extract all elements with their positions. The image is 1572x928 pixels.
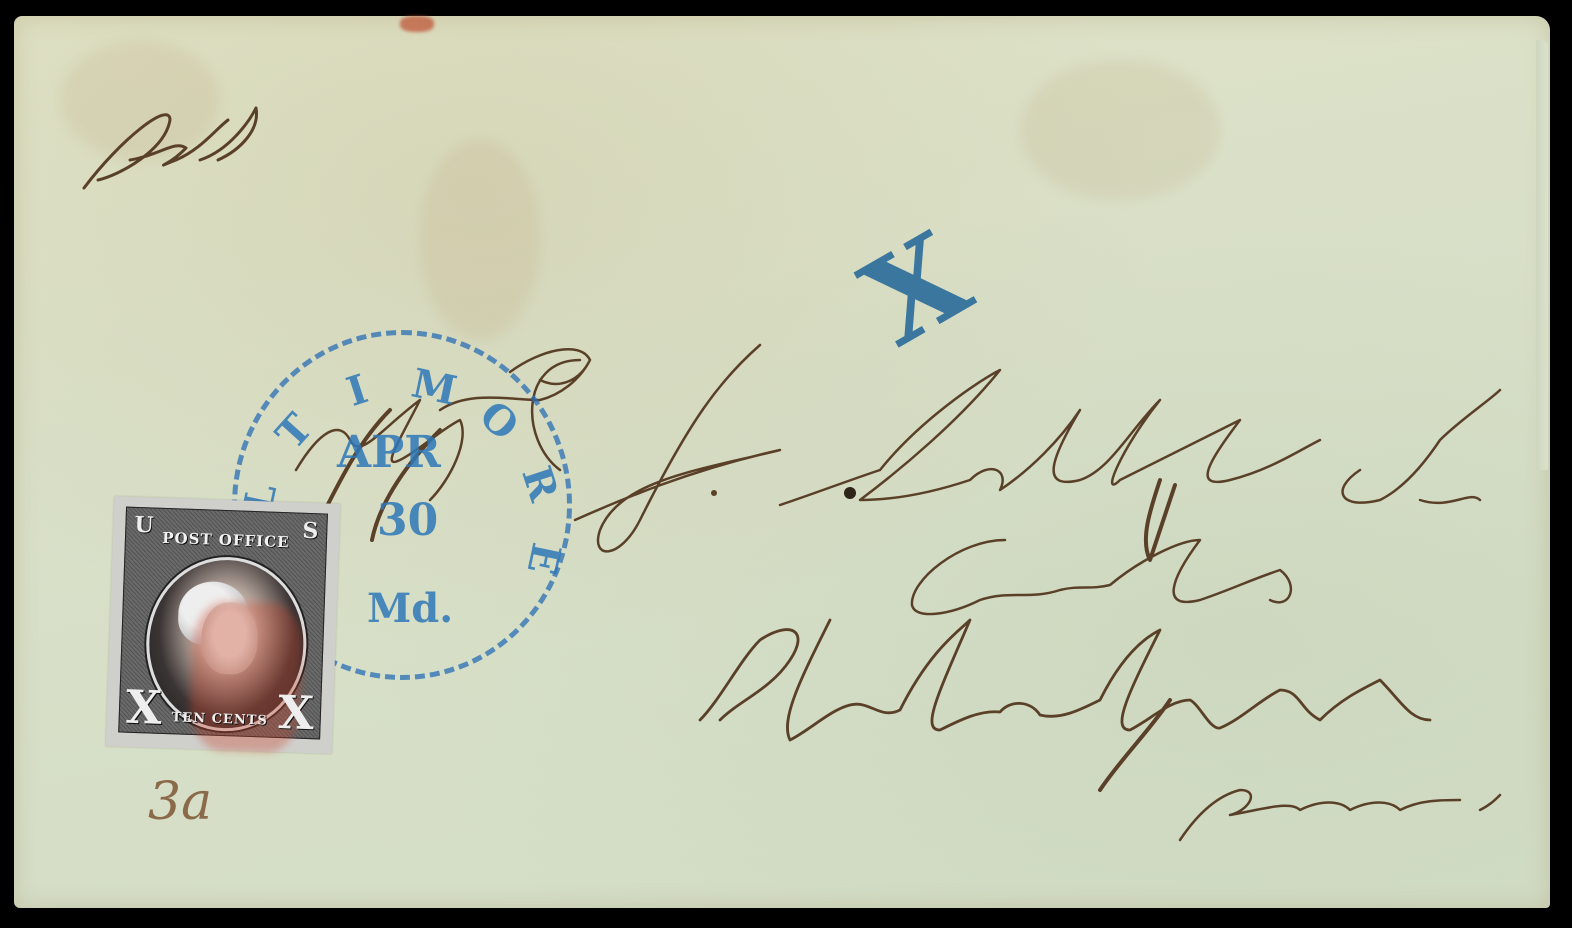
postmark-month: APR bbox=[337, 427, 441, 478]
cover-fold-edge bbox=[1536, 40, 1548, 470]
stamp-engraving: U S POST OFFICE X TEN CENTS X bbox=[118, 507, 328, 740]
paper-stain bbox=[420, 140, 540, 340]
postmark-day: 30 bbox=[377, 495, 438, 546]
paper-stain bbox=[1020, 60, 1220, 200]
postmark-state: Md. bbox=[367, 585, 453, 632]
stamp-post-office-text: POST OFFICE bbox=[152, 528, 301, 551]
stamp-corner-x-right: X bbox=[277, 689, 314, 736]
stamp-letter-s: S bbox=[302, 518, 319, 545]
stamp-corner-x-left: X bbox=[125, 684, 162, 731]
pencil-note: 3a bbox=[148, 772, 212, 832]
stamp-denomination: TEN CENTS bbox=[171, 710, 268, 734]
stamp-letter-u: U bbox=[134, 512, 154, 539]
postage-stamp: U S POST OFFICE X TEN CENTS X bbox=[106, 496, 341, 754]
stamp-bottom-row: X TEN CENTS X bbox=[119, 683, 320, 736]
red-ink-spot bbox=[400, 16, 434, 32]
